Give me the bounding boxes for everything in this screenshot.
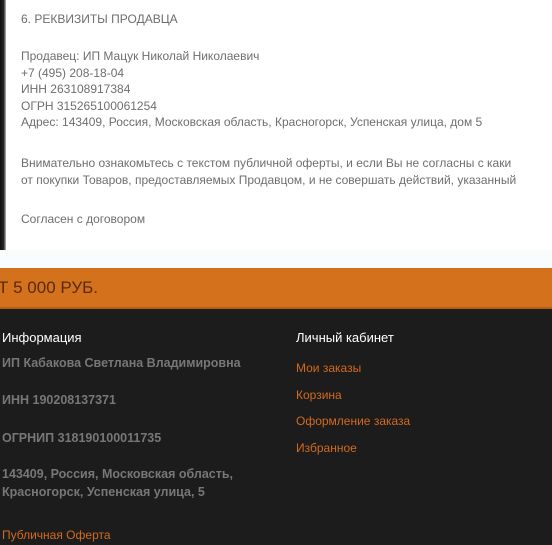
cabinet-links: Мои заказы Корзина Оформление заказа Изб… [296,361,410,467]
favorites-link[interactable]: Избранное [296,441,410,468]
window-edge [0,0,6,268]
offer-notice: Внимательно ознакомьтесь с текстом публи… [21,155,516,188]
public-offer-link[interactable]: Публичная Оферта [2,528,111,542]
promo-text: Т 5 000 РУБ. [0,278,98,298]
footer-info-title: Информация [2,330,82,345]
footer-cabinet-title: Личный кабинет [296,330,394,345]
seller-name: Продавец: ИП Мацук Николай Николаевич [21,48,482,65]
footer-inn: ИНН 190208137371 [2,391,116,409]
promo-banner: Т 5 000 РУБ. [0,268,552,309]
seller-address: Адрес: 143409, Россия, Московская област… [21,114,482,131]
cart-link[interactable]: Корзина [296,388,410,415]
footer-owner: ИП Кабакова Светлана Владимировна [2,354,241,372]
section-title: 6. РЕКВИЗИТЫ ПРОДАВЦА [21,11,178,28]
address-line: Красногорск, Успенская улица, 5 [2,483,233,501]
content-bottom-strip [0,250,552,268]
agree-text: Согласен с договором [21,211,145,228]
checkout-link[interactable]: Оформление заказа [296,414,410,441]
footer: Информация ИП Кабакова Светлана Владимир… [0,310,552,545]
offer-content: 6. РЕКВИЗИТЫ ПРОДАВЦА Продавец: ИП Мацук… [0,0,552,268]
seller-inn: ИНН 263108917384 [21,81,482,98]
my-orders-link[interactable]: Мои заказы [296,361,410,388]
seller-phone: +7 (495) 208-18-04 [21,65,482,82]
seller-ogrn: ОГРН 315265100061254 [21,98,482,115]
footer-address: 143409, Россия, Московская область, Крас… [2,465,233,501]
footer-ogrnip: ОГРНИП 318190100011735 [2,429,161,447]
seller-details: Продавец: ИП Мацук Николай Николаевич +7… [21,48,482,131]
notice-line: Внимательно ознакомьтесь с текстом публи… [21,155,516,172]
notice-line: от покупки Товаров, предоставляемых Прод… [21,172,516,189]
page: 6. РЕКВИЗИТЫ ПРОДАВЦА Продавец: ИП Мацук… [0,0,552,545]
address-line: 143409, Россия, Московская область, [2,465,233,483]
